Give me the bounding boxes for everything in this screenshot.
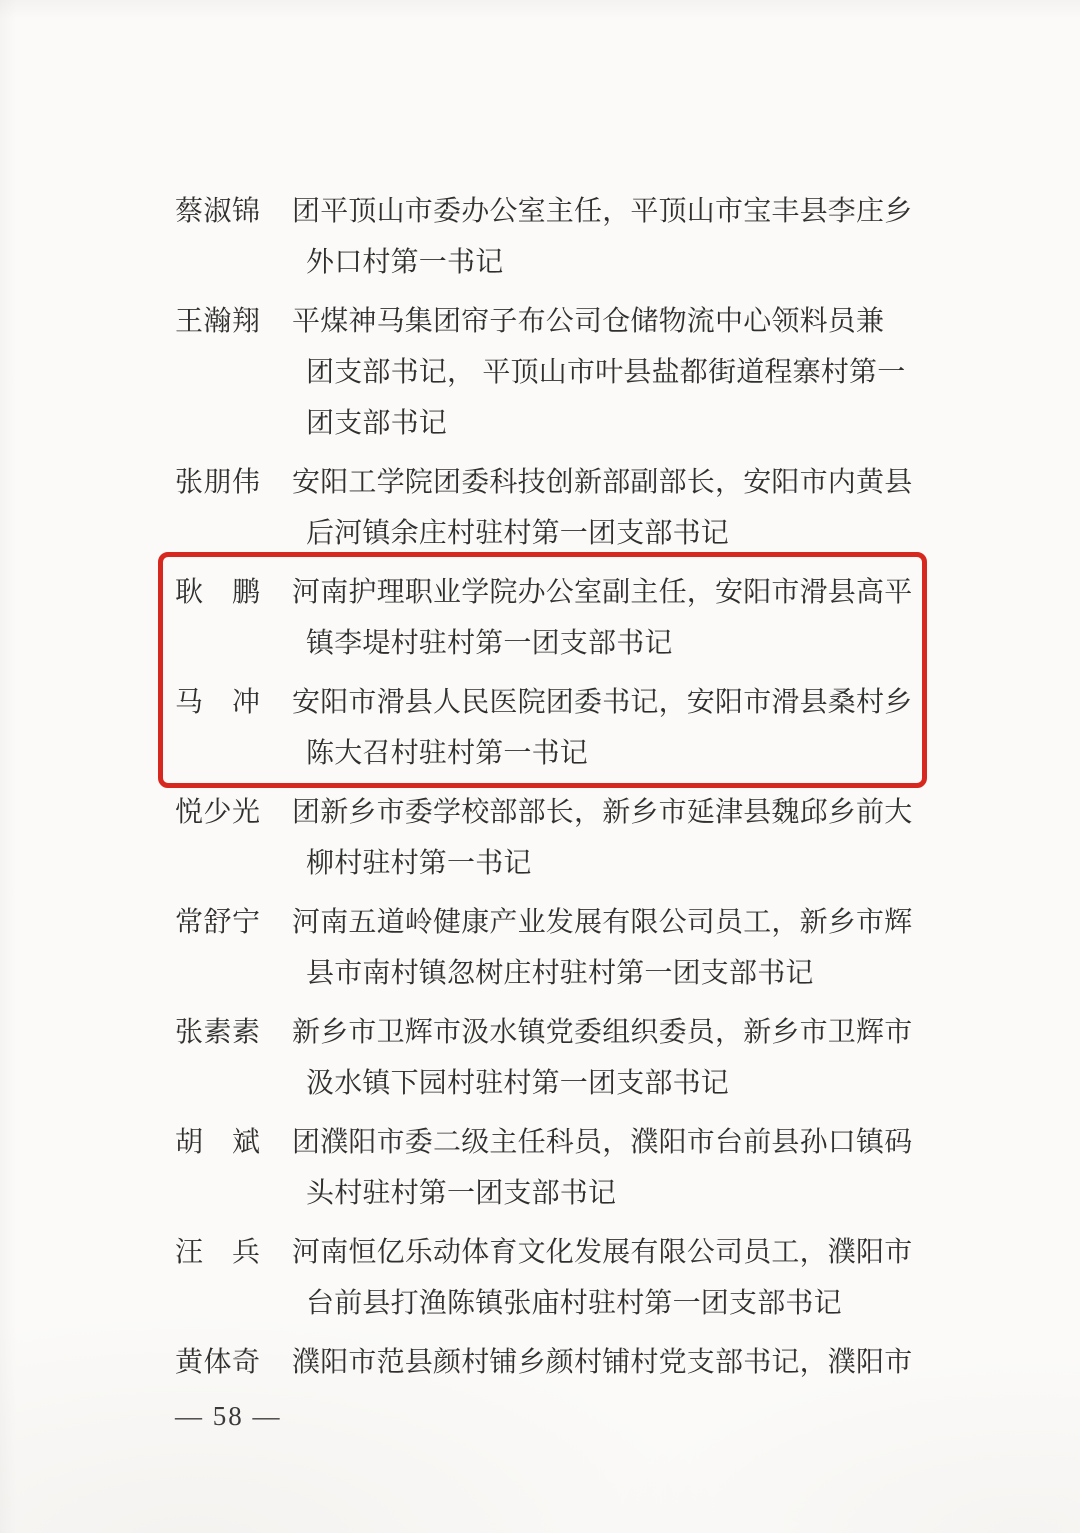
entry-row: 张素素 新乡市卫辉市汲水镇党委组织委员，新乡市卫辉市 汲水镇下园村驻村第一团支部… [175, 1007, 910, 1109]
desc-line: 濮阳市范县颜村铺乡颜村铺村党支部书记，濮阳市 [292, 1337, 910, 1388]
desc-line: 头村驻村第一团支部书记 [292, 1168, 910, 1219]
entry-description: 新乡市卫辉市汲水镇党委组织委员，新乡市卫辉市 汲水镇下园村驻村第一团支部书记 [292, 1007, 910, 1109]
entry-row: 常舒宁 河南五道岭健康产业发展有限公司员工，新乡市辉 县市南村镇忽树庄村驻村第一… [175, 897, 910, 999]
entry-name: 张朋伟 [175, 457, 292, 508]
desc-line: 河南护理职业学院办公室副主任，安阳市滑县高平 [292, 567, 910, 618]
entry-name: 汪 兵 [175, 1227, 292, 1278]
entry-name: 蔡淑锦 [175, 186, 292, 237]
entry-name: 胡 斌 [175, 1117, 292, 1168]
entry-name: 悦少光 [175, 787, 292, 838]
entry-row: 蔡淑锦 团平顶山市委办公室主任，平顶山市宝丰县李庄乡 外口村第一书记 [175, 186, 910, 288]
desc-line: 团濮阳市委二级主任科员，濮阳市台前县孙口镇码 [292, 1117, 910, 1168]
desc-line: 新乡市卫辉市汲水镇党委组织委员，新乡市卫辉市 [292, 1007, 910, 1058]
entry-name: 常舒宁 [175, 897, 292, 948]
entry-name: 张素素 [175, 1007, 292, 1058]
desc-line: 安阳工学院团委科技创新部副部长，安阳市内黄县 [292, 457, 910, 508]
entry-name: 马 冲 [175, 677, 292, 728]
entry-description: 河南五道岭健康产业发展有限公司员工，新乡市辉 县市南村镇忽树庄村驻村第一团支部书… [292, 897, 910, 999]
desc-line: 平煤神马集团帘子布公司仓储物流中心领料员兼 [292, 296, 910, 347]
entry-name: 黄体奇 [175, 1337, 292, 1388]
desc-line: 河南五道岭健康产业发展有限公司员工，新乡市辉 [292, 897, 910, 948]
desc-line: 县市南村镇忽树庄村驻村第一团支部书记 [292, 948, 910, 999]
highlight-box: 耿 鹏 河南护理职业学院办公室副主任，安阳市滑县高平 镇李堤村驻村第一团支部书记… [158, 552, 927, 788]
document-page: 蔡淑锦 团平顶山市委办公室主任，平顶山市宝丰县李庄乡 外口村第一书记 王瀚翔 平… [0, 0, 1080, 1533]
entry-description: 团平顶山市委办公室主任，平顶山市宝丰县李庄乡 外口村第一书记 [292, 186, 910, 288]
desc-line: 汲水镇下园村驻村第一团支部书记 [292, 1058, 910, 1109]
entry-description: 安阳工学院团委科技创新部副部长，安阳市内黄县 后河镇余庄村驻村第一团支部书记 [292, 457, 910, 559]
entry-row: 王瀚翔 平煤神马集团帘子布公司仓储物流中心领料员兼 团支部书记， 平顶山市叶县盐… [175, 296, 910, 449]
entry-description: 河南恒亿乐动体育文化发展有限公司员工，濮阳市 台前县打渔陈镇张庙村驻村第一团支部… [292, 1227, 910, 1329]
entry-name: 耿 鹏 [175, 567, 292, 618]
desc-line: 安阳市滑县人民医院团委书记，安阳市滑县桑村乡 [292, 677, 910, 728]
entry-row: 张朋伟 安阳工学院团委科技创新部副部长，安阳市内黄县 后河镇余庄村驻村第一团支部… [175, 457, 910, 559]
desc-line: 柳村驻村第一书记 [292, 838, 910, 889]
entry-row-highlighted: 耿 鹏 河南护理职业学院办公室副主任，安阳市滑县高平 镇李堤村驻村第一团支部书记 [175, 567, 910, 669]
desc-line: 团支部书记， 平顶山市叶县盐都街道程寨村第一 [292, 347, 910, 398]
entry-description: 濮阳市范县颜村铺乡颜村铺村党支部书记，濮阳市 [292, 1337, 910, 1388]
entry-name: 王瀚翔 [175, 296, 292, 347]
entry-row: 汪 兵 河南恒亿乐动体育文化发展有限公司员工，濮阳市 台前县打渔陈镇张庙村驻村第… [175, 1227, 910, 1329]
entry-description: 河南护理职业学院办公室副主任，安阳市滑县高平 镇李堤村驻村第一团支部书记 [292, 567, 910, 669]
appointment-list: 蔡淑锦 团平顶山市委办公室主任，平顶山市宝丰县李庄乡 外口村第一书记 王瀚翔 平… [175, 186, 910, 1436]
entry-description: 安阳市滑县人民医院团委书记，安阳市滑县桑村乡 陈大召村驻村第一书记 [292, 677, 910, 779]
entry-row: 黄体奇 濮阳市范县颜村铺乡颜村铺村党支部书记，濮阳市 [175, 1337, 910, 1388]
desc-line: 河南恒亿乐动体育文化发展有限公司员工，濮阳市 [292, 1227, 910, 1278]
entry-description: 团濮阳市委二级主任科员，濮阳市台前县孙口镇码 头村驻村第一团支部书记 [292, 1117, 910, 1219]
entry-description: 平煤神马集团帘子布公司仓储物流中心领料员兼 团支部书记， 平顶山市叶县盐都街道程… [292, 296, 910, 449]
entry-row: 胡 斌 团濮阳市委二级主任科员，濮阳市台前县孙口镇码 头村驻村第一团支部书记 [175, 1117, 910, 1219]
desc-line: 团平顶山市委办公室主任，平顶山市宝丰县李庄乡 [292, 186, 910, 237]
desc-line: 陈大召村驻村第一书记 [292, 728, 910, 779]
desc-line: 台前县打渔陈镇张庙村驻村第一团支部书记 [292, 1278, 910, 1329]
desc-line: 镇李堤村驻村第一团支部书记 [292, 618, 910, 669]
entry-row-highlighted: 马 冲 安阳市滑县人民医院团委书记，安阳市滑县桑村乡 陈大召村驻村第一书记 [175, 677, 910, 779]
desc-line: 外口村第一书记 [292, 237, 910, 288]
desc-line: 团支部书记 [292, 398, 910, 449]
page-number: — 58 — [175, 1396, 910, 1436]
entry-description: 团新乡市委学校部部长，新乡市延津县魏邱乡前大 柳村驻村第一书记 [292, 787, 910, 889]
entry-row: 悦少光 团新乡市委学校部部长，新乡市延津县魏邱乡前大 柳村驻村第一书记 [175, 787, 910, 889]
desc-line: 团新乡市委学校部部长，新乡市延津县魏邱乡前大 [292, 787, 910, 838]
desc-line: 后河镇余庄村驻村第一团支部书记 [292, 508, 910, 559]
